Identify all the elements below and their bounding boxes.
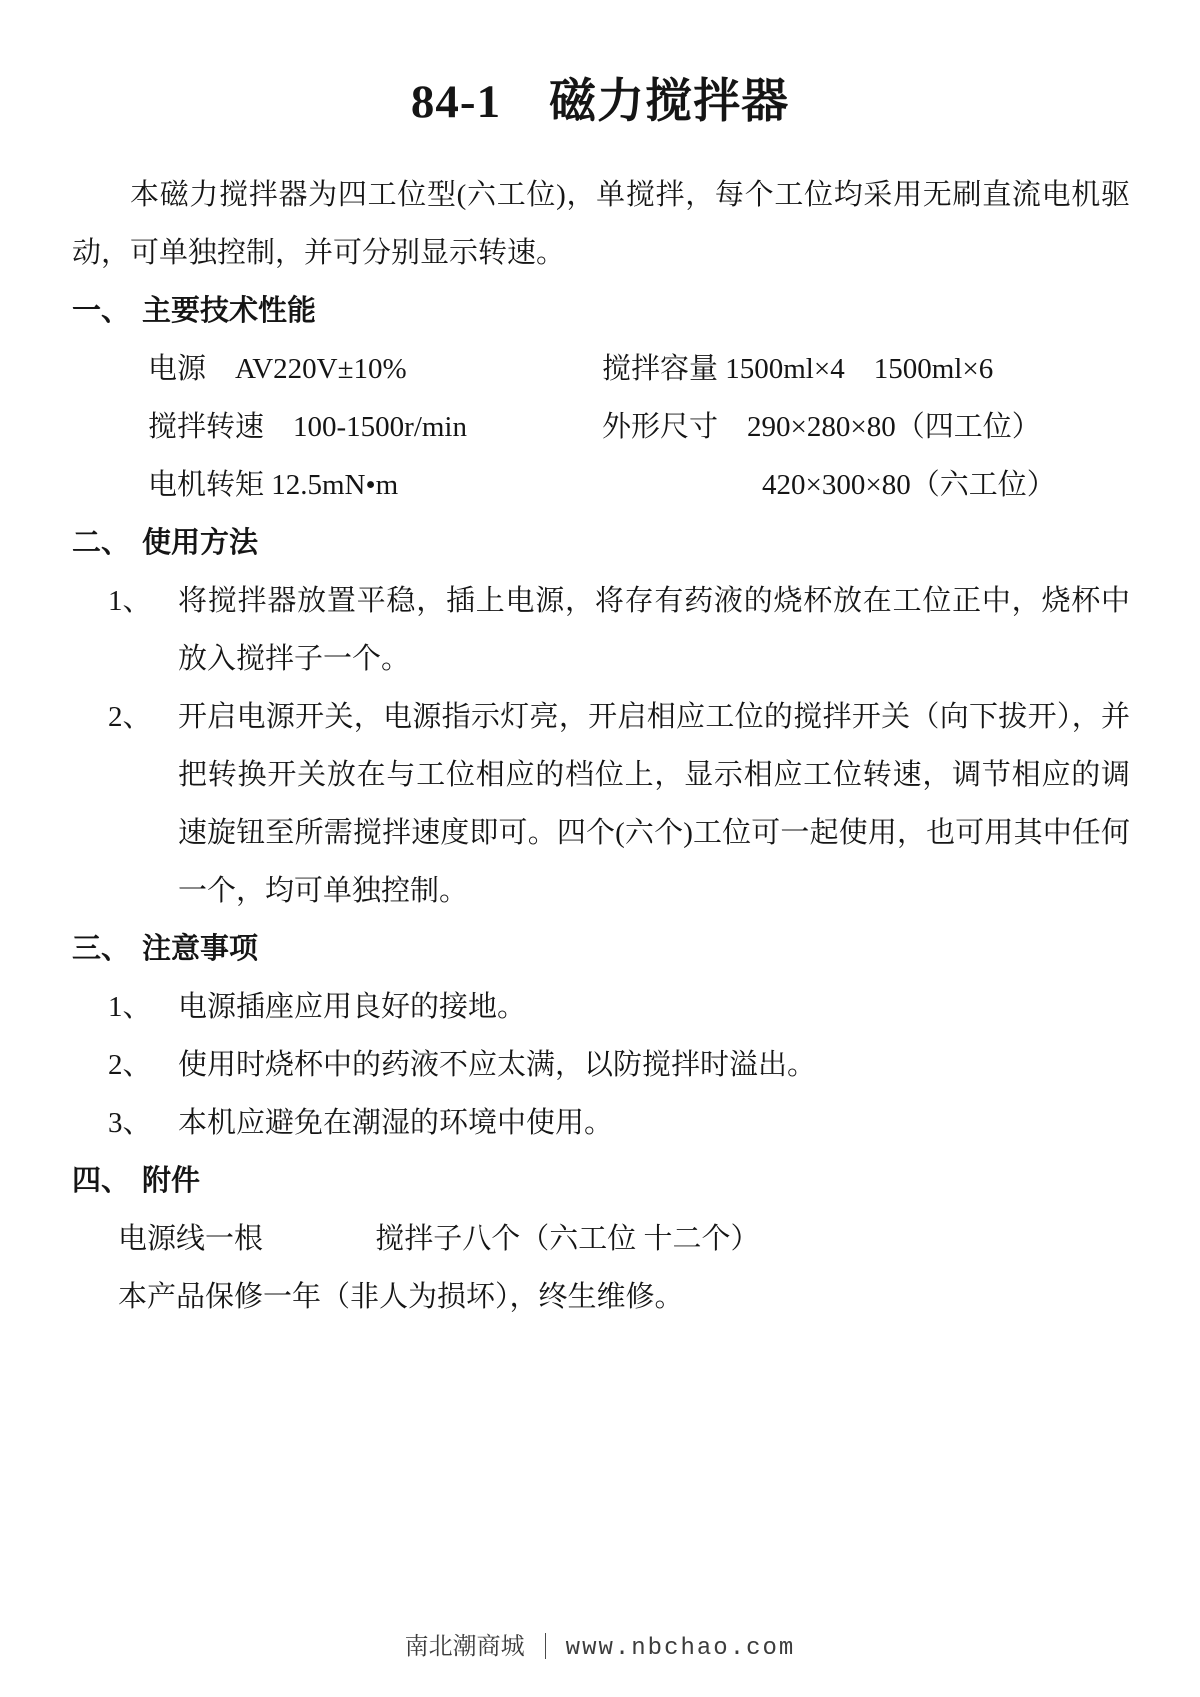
section-number: 二、 [72,514,142,572]
section-heading-specs: 一、 主要技术性能 [72,282,1130,340]
section-number: 三、 [72,920,142,978]
section-heading-usage: 二、 使用方法 [72,514,1130,572]
section-heading-label: 主要技术性能 [142,282,316,340]
section-heading-accessories: 四、 附件 [72,1152,1130,1210]
item-number: 2、 [108,688,178,920]
spec-stir-capacity: 搅拌容量 1500ml×4 1500ml×6 [602,340,1130,398]
spec-row: 电机转矩 12.5mN•m 420×300×80（六工位） [72,456,1130,514]
document-page: 84-1 磁力搅拌器 本磁力搅拌器为四工位型(六工位)，单搅拌，每个工位均采用无… [0,0,1200,1697]
page-footer: 南北潮商城www.nbchao.com [0,1630,1200,1666]
section-number: 四、 [72,1152,142,1210]
section-heading-label: 使用方法 [142,514,258,572]
document-body: 本磁力搅拌器为四工位型(六工位)，单搅拌，每个工位均采用无刷直流电机驱动，可单独… [72,166,1130,1326]
note-item: 1、 电源插座应用良好的接地。 [108,978,1130,1036]
item-number: 1、 [108,978,178,1036]
section-heading-label: 附件 [142,1152,200,1210]
spec-dimensions-four: 外形尺寸 290×280×80（四工位） [602,398,1130,456]
item-number: 1、 [108,572,178,688]
section-heading-label: 注意事项 [142,920,258,978]
section-heading-notes: 三、 注意事项 [72,920,1130,978]
warranty-line: 本产品保修一年（非人为损坏），终生维修。 [72,1268,1130,1326]
spec-row: 搅拌转速 100-1500r/min 外形尺寸 290×280×80（四工位） [72,398,1130,456]
item-text: 本机应避免在潮湿的环境中使用。 [178,1094,1130,1152]
document-title: 84-1 磁力搅拌器 [0,0,1200,140]
accessory-power-cord: 电源线一根 [118,1210,263,1268]
item-number: 2、 [108,1036,178,1094]
usage-item: 2、 开启电源开关，电源指示灯亮，开启相应工位的搅拌开关（向下拔开），并把转换开… [108,688,1130,920]
spec-motor-torque: 电机转矩 12.5mN•m [72,456,602,514]
item-text: 将搅拌器放置平稳，插上电源，将存有药液的烧杯放在工位正中，烧杯中放入搅拌子一个。 [178,572,1130,688]
footer-divider [545,1633,546,1659]
item-number: 3、 [108,1094,178,1152]
accessory-stir-bars: 搅拌子八个（六工位 十二个） [375,1223,759,1255]
section-number: 一、 [72,282,142,340]
accessories-line: 电源线一根 搅拌子八个（六工位 十二个） [72,1210,1130,1268]
item-text: 电源插座应用良好的接地。 [178,978,1130,1036]
spec-power: 电源 AV220V±10% [72,340,602,398]
spec-dimensions-six: 420×300×80（六工位） [602,456,1130,514]
usage-item: 1、 将搅拌器放置平稳，插上电源，将存有药液的烧杯放在工位正中，烧杯中放入搅拌子… [108,572,1130,688]
item-text: 开启电源开关，电源指示灯亮，开启相应工位的搅拌开关（向下拔开），并把转换开关放在… [178,688,1130,920]
note-item: 3、 本机应避免在潮湿的环境中使用。 [108,1094,1130,1152]
footer-site-url[interactable]: www.nbchao.com [566,1635,796,1662]
intro-paragraph: 本磁力搅拌器为四工位型(六工位)，单搅拌，每个工位均采用无刷直流电机驱动，可单独… [72,166,1130,282]
footer-site-name: 南北潮商城 [405,1634,525,1660]
spec-stir-speed: 搅拌转速 100-1500r/min [72,398,602,456]
item-text: 使用时烧杯中的药液不应太满，以防搅拌时溢出。 [178,1036,1130,1094]
spec-row: 电源 AV220V±10% 搅拌容量 1500ml×4 1500ml×6 [72,340,1130,398]
note-item: 2、 使用时烧杯中的药液不应太满，以防搅拌时溢出。 [108,1036,1130,1094]
